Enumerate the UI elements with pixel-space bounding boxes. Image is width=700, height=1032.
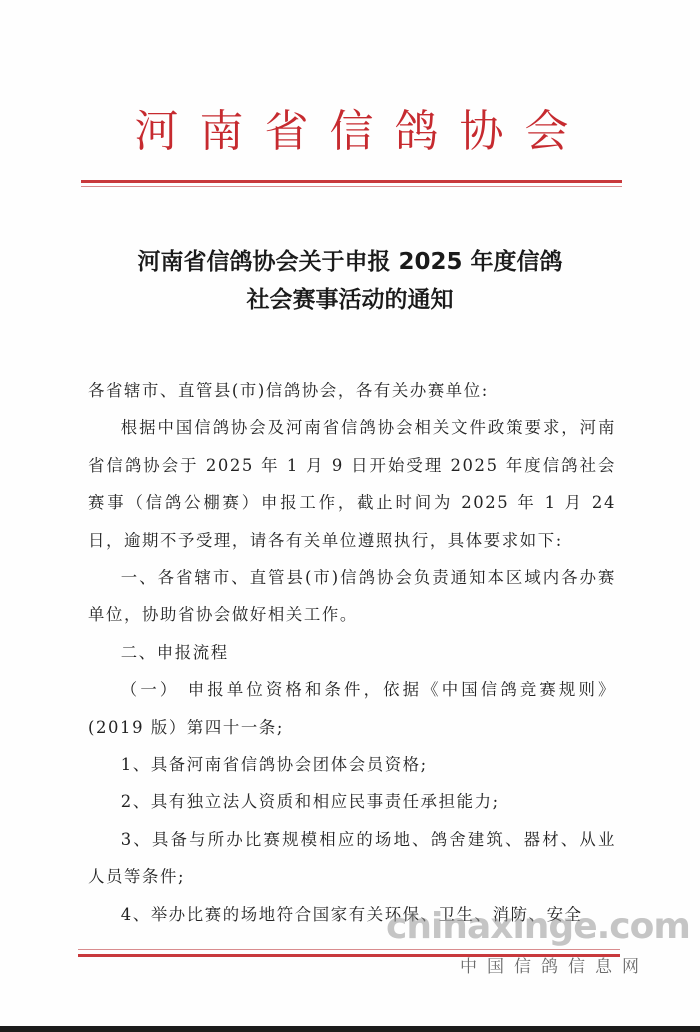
notice-title-line2: 社会赛事活动的通知 <box>0 281 700 319</box>
letterhead-org-name: 河南省信鸽协会 <box>0 104 700 160</box>
footer-rule-thin <box>78 949 620 950</box>
requirement-item: 3、具备与所办比赛规模相应的场地、鸽舍建筑、器材、从业人员等条件; <box>88 821 616 896</box>
watermark-site-name: 中国信鸽信息网 <box>460 955 649 979</box>
requirement-item: 1、具备河南省信鸽协会团体会员资格; <box>88 746 616 783</box>
watermark-domain: chinaxinge.com <box>386 905 690 949</box>
intro-paragraph: 根据中国信鸽协会及河南省信鸽协会相关文件政策要求，河南省信鸽协会于 2025 年… <box>88 409 616 559</box>
letterhead-rule-thin <box>81 186 622 187</box>
section-1-paragraph: 一、各省辖市、直管县(市)信鸽协会负责通知本区域内各办赛单位，协助省协会做好相关… <box>88 559 616 634</box>
notice-body: 各省辖市、直管县(市)信鸽协会，各有关办赛单位: 根据中国信鸽协会及河南省信鸽协… <box>88 372 616 933</box>
notice-title: 河南省信鸽协会关于申报 2025 年度信鸽 社会赛事活动的通知 <box>0 243 700 319</box>
requirement-item: 2、具有独立法人资质和相应民事责任承担能力; <box>88 783 616 820</box>
bottom-edge-band <box>0 1026 700 1032</box>
salutation: 各省辖市、直管县(市)信鸽协会，各有关办赛单位: <box>88 372 616 409</box>
document-page: 河南省信鸽协会 河南省信鸽协会关于申报 2025 年度信鸽 社会赛事活动的通知 … <box>0 0 700 1026</box>
notice-title-line1: 河南省信鸽协会关于申报 2025 年度信鸽 <box>0 243 700 281</box>
section-2-sub-1: （一） 申报单位资格和条件，依据《中国信鸽竞赛规则》(2019 版）第四十一条; <box>88 671 616 746</box>
letterhead-rule-thick <box>81 180 622 183</box>
section-2-heading: 二、申报流程 <box>88 634 616 671</box>
